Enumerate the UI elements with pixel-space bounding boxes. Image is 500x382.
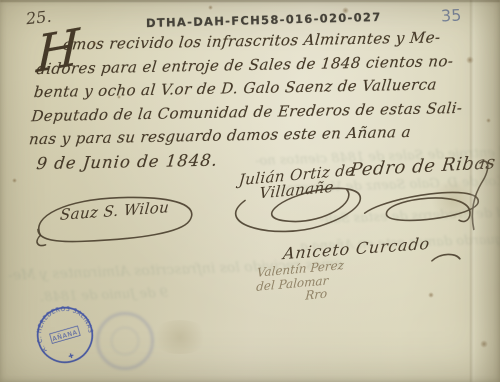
- bleed-through-text: 9 de Junio de 1848.: [40, 286, 168, 305]
- paper-stain: [150, 320, 210, 354]
- heirs-community-stamp: A. C. HEREDEROS SALINAS AÑANA ✚: [29, 299, 101, 371]
- foxing-spot: [342, 7, 349, 14]
- foxing-spot: [208, 5, 213, 10]
- rubric-dash: [428, 247, 464, 266]
- stamp-cross-icon: ✚: [67, 351, 74, 360]
- letter-body: emos recivido los infrascritos Almirante…: [25, 25, 498, 175]
- scanned-manuscript-page: 25. DTHA-DAH-FCH58-016-020-027 35 didore…: [0, 0, 500, 382]
- foxing-spot: [117, 95, 121, 99]
- ghost-stamp-impression: [96, 312, 154, 370]
- paper-top-edge: [0, 0, 500, 2]
- page-number-right: 35: [441, 5, 462, 25]
- foxing-spot: [12, 178, 17, 183]
- foxing-spot: [92, 41, 97, 46]
- paper-right-edge: [474, 0, 500, 382]
- clerk-note: Valentín Perez del Palomar Rro: [255, 259, 344, 307]
- ghost-stamp-inner-ring: [111, 327, 139, 355]
- foxing-spot: [428, 292, 434, 298]
